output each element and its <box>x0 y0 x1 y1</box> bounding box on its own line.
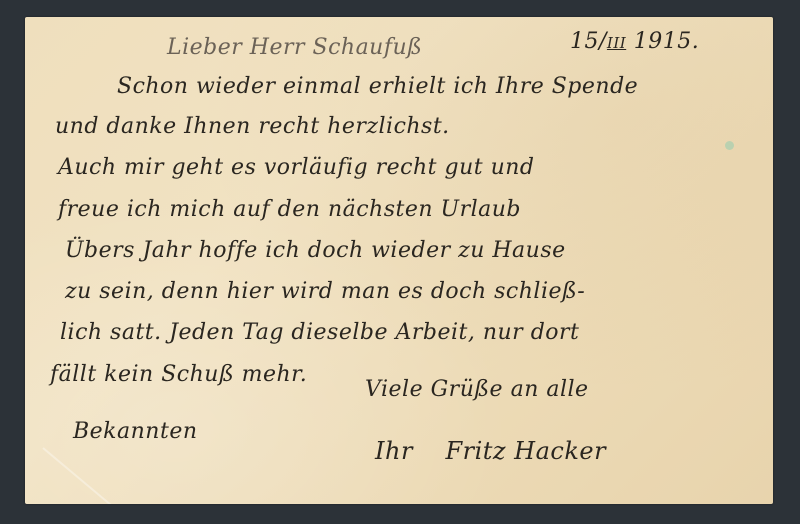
signature: Fritz Hacker <box>445 437 606 465</box>
closing: Ihr Fritz Hacker <box>375 437 606 465</box>
body-line-7: lich satt. Jeden Tag dieselbe Arbeit, nu… <box>60 320 579 345</box>
date-day: 15 <box>570 29 599 54</box>
body-line-8: fällt kein Schuß mehr. <box>50 362 307 387</box>
paper-crease <box>42 447 128 504</box>
body-line-3: Auch mir geht es vorläufig recht gut und <box>58 155 535 180</box>
body-line-10: Bekannten <box>73 419 198 444</box>
date: 15/III 1915. <box>570 29 699 54</box>
postcard: Lieber Herr Schaufuß 15/III 1915. Schon … <box>25 17 773 504</box>
body-line-1: Schon wieder einmal erhielt ich Ihre Spe… <box>117 74 638 99</box>
salutation: Lieber Herr Schaufuß <box>167 35 422 60</box>
body-line-6: zu sein, denn hier wird man es doch schl… <box>65 279 585 304</box>
closing-word: Ihr <box>375 437 413 465</box>
photo-backdrop: Lieber Herr Schaufuß 15/III 1915. Schon … <box>0 0 800 524</box>
date-year: 1915. <box>634 29 699 54</box>
date-separator: / <box>599 29 607 54</box>
body-line-4: freue ich mich auf den nächsten Urlaub <box>58 197 521 222</box>
body-line-2: und danke Ihnen recht herzlichst. <box>55 114 450 139</box>
date-month: III <box>607 34 626 52</box>
body-line-5: Übers Jahr hoffe ich doch wieder zu Haus… <box>65 238 566 263</box>
body-line-9: Viele Grüße an alle <box>365 377 589 402</box>
ink-stain <box>725 141 734 150</box>
